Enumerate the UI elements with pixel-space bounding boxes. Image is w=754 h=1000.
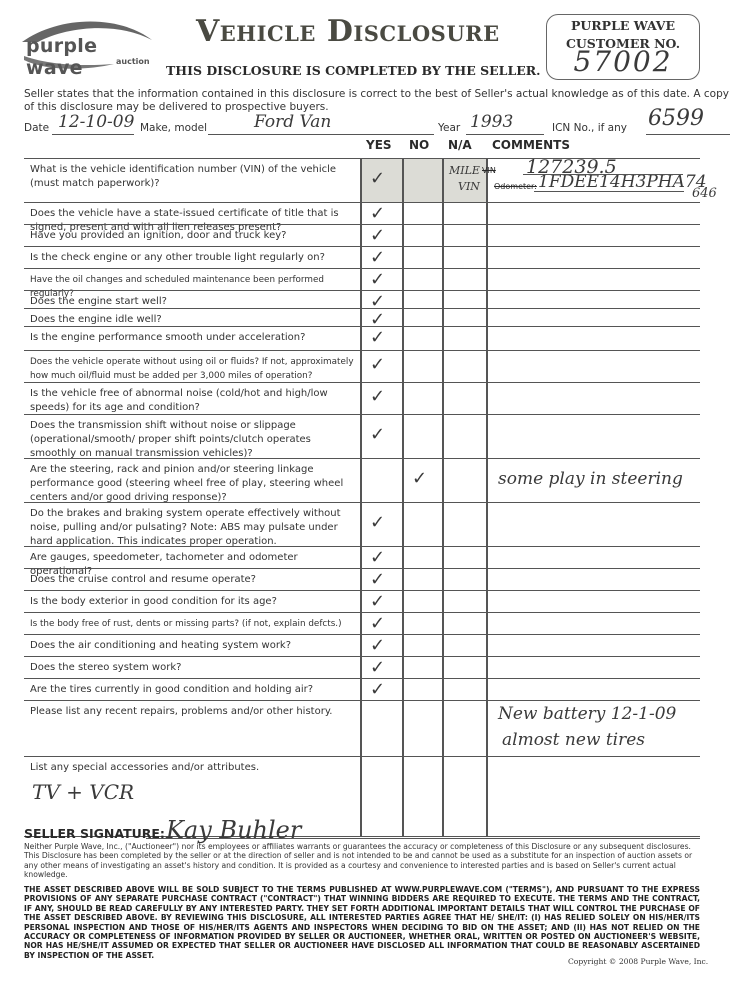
table-row: Is the vehicle free of abnormal noise (c… [24, 382, 700, 414]
page-title: Vehicle Disclosure [196, 14, 500, 49]
accessories-field[interactable]: TV + VCR [32, 780, 134, 804]
column-divider [442, 203, 444, 225]
column-header-comments: COMMENTS [492, 138, 570, 158]
date-label: Date [24, 122, 49, 134]
column-divider [360, 327, 362, 351]
seller-signature-label: SELLER SIGNATURE: [24, 826, 165, 841]
make-model-field[interactable]: Ford Van [254, 112, 331, 132]
column-divider [360, 351, 362, 383]
column-divider [360, 635, 362, 657]
table-row: Have you provided an ignition, door and … [24, 224, 700, 246]
column-divider [486, 309, 488, 327]
column-divider [360, 415, 362, 459]
column-divider [402, 327, 404, 351]
column-divider [402, 459, 404, 503]
column-divider [402, 225, 404, 247]
vin-label: VIN [458, 180, 480, 193]
customer-number-box: PURPLE WAVE CUSTOMER NO. 57002 [546, 14, 700, 80]
question-text: What is the vehicle identification numbe… [30, 163, 356, 191]
table-row: Is the body exterior in good condition f… [24, 590, 700, 612]
column-divider [442, 569, 444, 591]
table-row: Are the steering, rack and pinion and/or… [24, 458, 700, 502]
question-text: Are the tires currently in good conditio… [30, 683, 356, 697]
answer-yes-checkbox[interactable]: ✓ [370, 569, 385, 590]
make-model-underline [208, 134, 434, 135]
column-divider [442, 351, 444, 383]
column-divider [442, 679, 444, 701]
column-divider [402, 291, 404, 309]
question-text: Please list any recent repairs, problems… [30, 705, 356, 719]
answer-yes-checkbox[interactable]: ✓ [370, 203, 385, 224]
column-divider [360, 547, 362, 569]
table-row: Does the vehicle have a state-issued cer… [24, 202, 700, 224]
column-divider [442, 269, 444, 291]
purple-wave-logo: purple wave auction [18, 20, 158, 70]
column-divider [360, 569, 362, 591]
column-divider [486, 291, 488, 309]
column-divider [402, 159, 404, 203]
column-divider [442, 159, 444, 203]
seller-signature-field[interactable]: Kay Buhler [166, 816, 301, 844]
column-divider [360, 159, 362, 203]
column-divider [360, 613, 362, 635]
column-divider [402, 269, 404, 291]
icn-label: ICN No., if any [552, 122, 627, 134]
answer-yes-checkbox[interactable]: ✓ [370, 354, 385, 375]
date-field[interactable]: 12-10-09 [58, 112, 134, 132]
column-divider [486, 383, 488, 415]
column-divider [402, 351, 404, 383]
column-divider [486, 247, 488, 269]
comment-field[interactable]: some play in steering [498, 469, 683, 489]
answer-yes-checkbox[interactable]: ✓ [370, 327, 385, 348]
customer-number-field[interactable]: 57002 [547, 49, 699, 75]
column-header-yes: YES [366, 138, 392, 158]
column-divider [402, 591, 404, 613]
table-row: Does the air conditioning and heating sy… [24, 634, 700, 656]
column-divider [402, 613, 404, 635]
column-divider [360, 269, 362, 291]
icn-underline [646, 134, 730, 135]
question-text: Is the check engine or any other trouble… [30, 251, 356, 265]
column-divider [442, 547, 444, 569]
column-divider [402, 383, 404, 415]
answer-no-checkbox[interactable]: ✓ [412, 468, 427, 489]
make-model-label: Make, model [140, 122, 207, 134]
column-header-na: N/A [448, 138, 472, 158]
column-divider [486, 503, 488, 547]
column-divider [360, 309, 362, 327]
column-divider [360, 459, 362, 503]
column-divider [360, 701, 362, 757]
question-text: Does the cruise control and resume opera… [30, 573, 356, 587]
history-comment-field[interactable]: New battery 12-1-09 [498, 704, 676, 724]
column-divider [442, 701, 444, 757]
column-divider [442, 459, 444, 503]
table-row: Is the check engine or any other trouble… [24, 246, 700, 268]
answer-yes-checkbox[interactable]: ✓ [370, 591, 385, 612]
column-divider [360, 291, 362, 309]
column-divider [442, 415, 444, 459]
answer-yes-checkbox[interactable]: ✓ [370, 269, 385, 290]
column-divider [442, 383, 444, 415]
table-row: Have the oil changes and scheduled maint… [24, 268, 700, 290]
column-divider [360, 679, 362, 701]
column-divider [486, 415, 488, 459]
question-text: Is the body free of rust, dents or missi… [30, 617, 356, 631]
table-row: Are the tires currently in good conditio… [24, 678, 700, 700]
column-divider [360, 203, 362, 225]
answer-yes-checkbox[interactable]: ✓ [370, 225, 385, 246]
copyright-text: Copyright © 2008 Purple Wave, Inc. [568, 957, 708, 966]
column-divider [442, 613, 444, 635]
question-text: Have you provided an ignition, door and … [30, 229, 356, 243]
column-divider [402, 415, 404, 459]
vin-field[interactable]: 1FDEE14H3PHA74 [538, 172, 707, 192]
column-divider [360, 383, 362, 415]
column-divider [442, 291, 444, 309]
column-divider [486, 351, 488, 383]
icn-field[interactable]: 6599 [648, 106, 704, 131]
answer-yes-checkbox[interactable]: ✓ [370, 635, 385, 656]
column-divider [486, 547, 488, 569]
year-underline [466, 134, 544, 135]
question-text: Does the engine idle well? [30, 313, 356, 327]
question-text: Does the stereo system work? [30, 661, 356, 675]
column-divider [486, 679, 488, 701]
question-text: Is the engine performance smooth under a… [30, 331, 356, 345]
question-text: Does the transmission shift without nois… [30, 419, 356, 461]
page-subtitle: THIS DISCLOSURE IS COMPLETED BY THE SELL… [166, 63, 541, 78]
column-divider [486, 635, 488, 657]
table-row: Does the stereo system work?✓ [24, 656, 700, 678]
mile-label: MILE [449, 164, 480, 177]
question-text: Does the air conditioning and heating sy… [30, 639, 356, 653]
column-divider [360, 225, 362, 247]
table-row: Does the engine start well?✓ [24, 290, 700, 308]
answer-yes-checkbox[interactable]: ✓ [370, 168, 385, 189]
column-divider [402, 657, 404, 679]
year-field[interactable]: 1993 [470, 112, 513, 132]
column-divider [486, 459, 488, 503]
answer-yes-checkbox[interactable]: ✓ [370, 547, 385, 568]
odometer-label-struck: Odometer: [494, 182, 537, 191]
table-row: Are gauges, speedometer, tachometer and … [24, 546, 700, 568]
customer-box-label: PURPLE WAVE [547, 18, 699, 33]
column-divider [442, 657, 444, 679]
table-row: Do the brakes and braking system operate… [24, 502, 700, 546]
column-divider [442, 225, 444, 247]
table-row: Is the body free of rust, dents or missi… [24, 612, 700, 634]
table-row: Does the cruise control and resume opera… [24, 568, 700, 590]
column-divider [402, 503, 404, 547]
history-comment-field[interactable]: almost new tires [502, 730, 645, 750]
column-divider [442, 327, 444, 351]
comment-underline [523, 174, 683, 175]
intro-statement: Seller states that the information conta… [24, 88, 734, 114]
question-text: Do the brakes and braking system operate… [30, 507, 356, 549]
column-divider [442, 591, 444, 613]
answer-yes-checkbox[interactable]: ✓ [370, 679, 385, 700]
table-row: Does the vehicle operate without using o… [24, 350, 700, 382]
question-text: Are the steering, rack and pinion and/or… [30, 463, 356, 505]
column-divider [486, 225, 488, 247]
vin-field-continued[interactable]: 646 [692, 186, 717, 201]
column-divider [486, 327, 488, 351]
column-divider [360, 247, 362, 269]
question-text: List any special accessories and/or attr… [30, 761, 356, 775]
column-divider [402, 203, 404, 225]
question-text: Is the body exterior in good condition f… [30, 595, 356, 609]
answer-yes-checkbox[interactable]: ✓ [370, 657, 385, 678]
column-divider [442, 503, 444, 547]
column-divider [486, 591, 488, 613]
answer-yes-checkbox[interactable]: ✓ [370, 613, 385, 634]
logo-subtext: auction [116, 57, 150, 66]
vehicle-meta-line: Date 12-10-09 Make, model Ford Van Year … [24, 116, 730, 136]
column-divider [402, 635, 404, 657]
table-row: Does the engine idle well?✓ [24, 308, 700, 326]
column-header-no: NO [409, 138, 429, 158]
column-divider [360, 591, 362, 613]
column-divider [402, 679, 404, 701]
column-divider [402, 309, 404, 327]
terms-text: THE ASSET DESCRIBED ABOVE WILL BE SOLD S… [24, 885, 700, 960]
table-row: Does the transmission shift without nois… [24, 414, 700, 458]
date-underline [52, 134, 134, 135]
column-divider [486, 701, 488, 757]
column-divider [360, 503, 362, 547]
column-divider [360, 657, 362, 679]
column-divider [442, 635, 444, 657]
column-divider [402, 701, 404, 757]
column-divider [402, 247, 404, 269]
year-label: Year [438, 122, 460, 134]
answer-yes-checkbox[interactable]: ✓ [370, 512, 385, 533]
table-row: Is the engine performance smooth under a… [24, 326, 700, 350]
column-divider [486, 613, 488, 635]
question-text: Does the engine start well? [30, 295, 356, 309]
column-divider [486, 657, 488, 679]
column-divider [442, 309, 444, 327]
column-divider [442, 247, 444, 269]
answer-yes-checkbox[interactable]: ✓ [370, 386, 385, 407]
column-divider [486, 203, 488, 225]
question-text: Does the vehicle operate without using o… [30, 355, 356, 383]
column-divider [402, 569, 404, 591]
column-divider [402, 547, 404, 569]
answer-yes-checkbox[interactable]: ✓ [370, 424, 385, 445]
disclaimer-text: Neither Purple Wave, Inc., ("Auctioneer"… [24, 842, 700, 879]
vin-label-struck: VIN [482, 166, 496, 175]
question-text: Is the vehicle free of abnormal noise (c… [30, 387, 356, 415]
column-divider [486, 569, 488, 591]
comment-underline [534, 191, 684, 192]
seller-signature-section: SELLER SIGNATURE: Kay Buhler [24, 818, 700, 840]
column-divider [486, 269, 488, 291]
answer-yes-checkbox[interactable]: ✓ [370, 247, 385, 268]
